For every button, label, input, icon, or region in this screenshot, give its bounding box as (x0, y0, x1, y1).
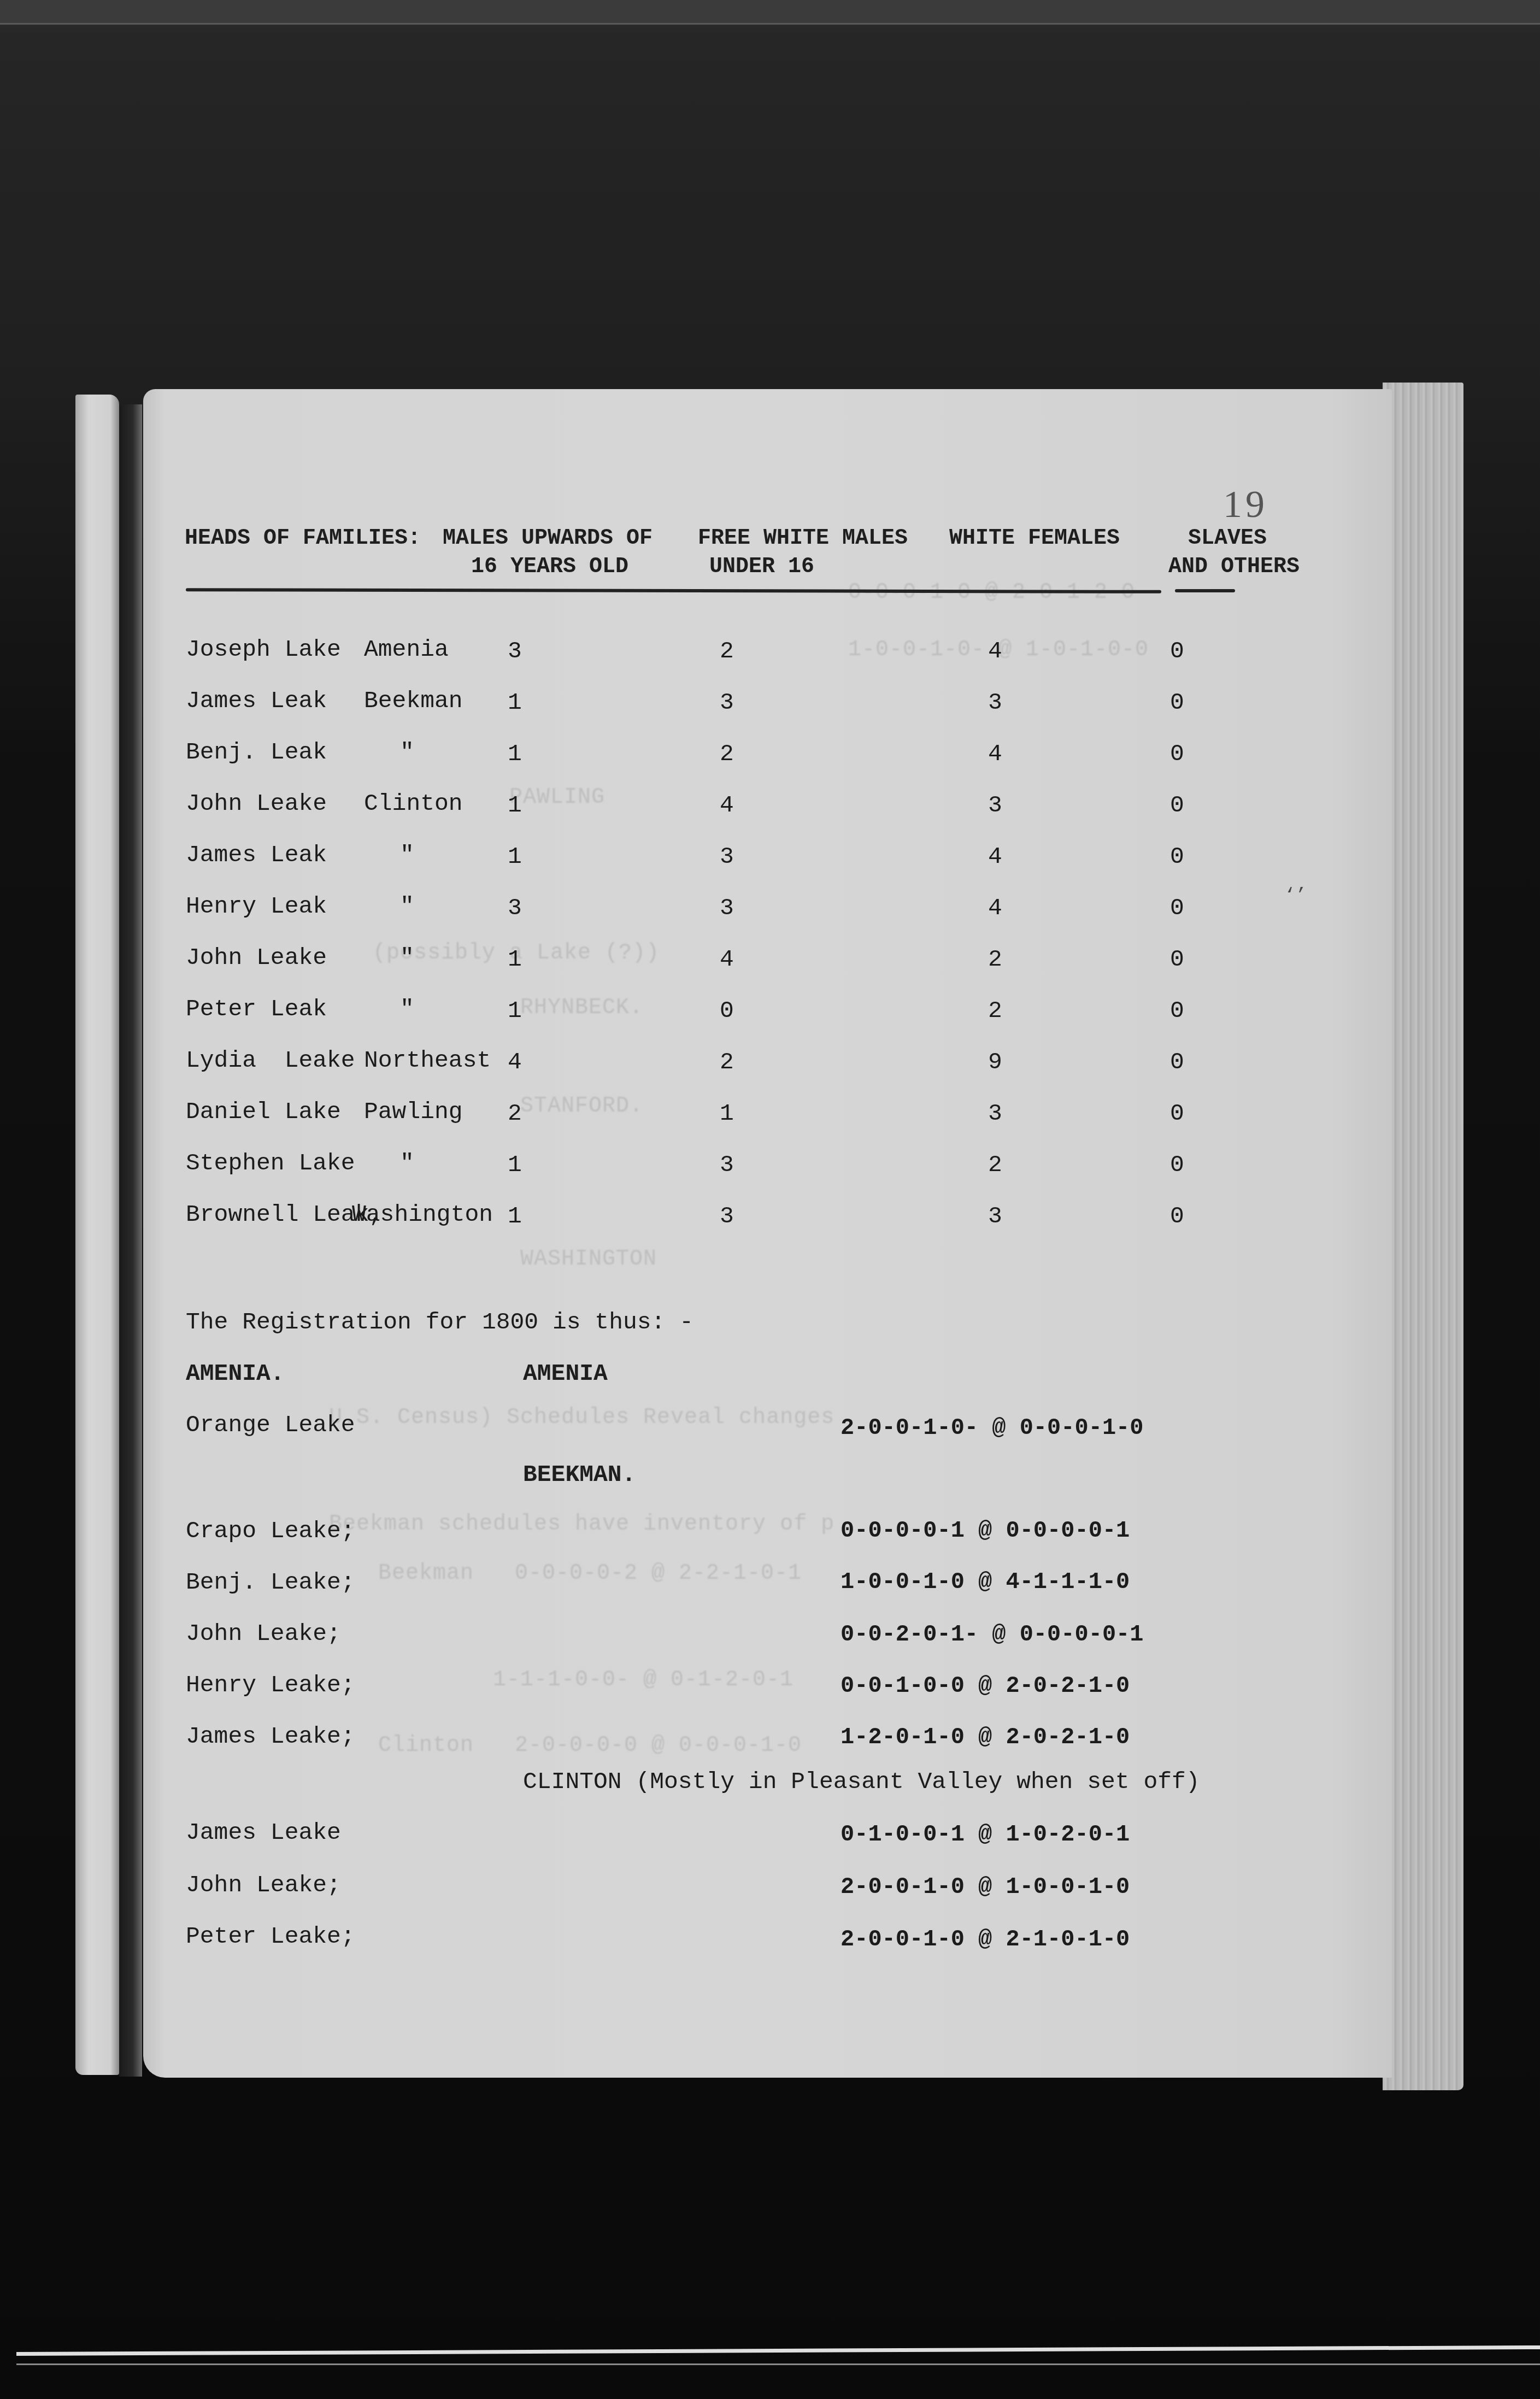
bleed-through-text: STANFORD. (520, 1094, 643, 1119)
microfilm-top-strip (0, 0, 1540, 25)
row-name: John Leake (186, 792, 327, 815)
row-white-females: 2 (979, 999, 1012, 1022)
row-males-16-up: 1 (498, 691, 531, 714)
row-males-16-up: 1 (498, 1204, 531, 1228)
header-males-upwards-line1: MALES UPWARDS OF (443, 528, 653, 550)
row-town: " (400, 843, 414, 867)
row-males-under-16: 3 (710, 896, 743, 920)
entry-name: Peter Leake; (186, 1925, 355, 1948)
entry-name: Orange Leake (186, 1413, 355, 1437)
entry-counts: 1-0-0-1-0 @ 4-1-1-1-0 (840, 1571, 1130, 1594)
entry-counts: 2-0-0-1-0- @ 0-0-0-1-0 (840, 1416, 1144, 1439)
row-white-females: 3 (979, 793, 1012, 817)
row-males-under-16: 2 (710, 1050, 743, 1074)
header-males-upwards-line2: 16 YEARS OLD (471, 556, 628, 578)
entry-counts: 1-2-0-1-0 @ 2-0-2-1-0 (840, 1726, 1130, 1749)
row-white-females: 4 (979, 896, 1012, 920)
header-white-females: WHITE FEMALES (949, 528, 1120, 550)
bleed-through-text: Clinton 2-0-0-0-0 @ 0-0-0-1-0 (378, 1733, 802, 1758)
bleed-through-text: WASHINGTON (520, 1247, 657, 1272)
row-males-16-up: 1 (498, 999, 531, 1022)
row-town: " (400, 740, 414, 764)
row-males-under-16: 0 (710, 999, 743, 1022)
row-white-females: 4 (979, 742, 1012, 766)
microfilm-frame-line (16, 2345, 1540, 2356)
row-town: " (400, 997, 414, 1021)
row-town: Beekman (364, 689, 463, 713)
bleed-through-text: RHYNBECK. (520, 996, 643, 1020)
row-town: " (400, 1151, 414, 1175)
row-males-under-16: 3 (710, 845, 743, 868)
row-slaves: 0 (1161, 845, 1194, 868)
entry-name: Crapo Leake; (186, 1519, 355, 1543)
row-males-under-16: 2 (710, 639, 743, 663)
row-town: Pawling (364, 1100, 463, 1124)
row-males-16-up: 1 (498, 845, 531, 868)
corner-mark: ‘’ (1284, 885, 1307, 906)
row-males-under-16: 1 (710, 1102, 743, 1125)
section-heading-beekman: BEEKMAN. (523, 1463, 636, 1486)
bleed-through-text: 1-1-1-0-0- @ 0-1-2-0-1 (493, 1668, 793, 1692)
row-name: Stephen Lake (186, 1151, 355, 1175)
row-slaves: 0 (1161, 896, 1194, 920)
entry-counts: 0-0-2-0-1- @ 0-0-0-0-1 (840, 1623, 1144, 1646)
row-males-16-up: 1 (498, 742, 531, 766)
row-males-16-up: 2 (498, 1102, 531, 1125)
entry-name: James Leake; (186, 1725, 355, 1748)
row-town: Washington (352, 1203, 493, 1226)
bleed-through-text: Beekman schedules have inventory of p (329, 1512, 834, 1537)
row-slaves: 0 (1161, 639, 1194, 663)
row-males-under-16: 3 (710, 1153, 743, 1177)
row-males-under-16: 3 (710, 1204, 743, 1228)
entry-name: Henry Leake; (186, 1673, 355, 1697)
page-number: 19 (1223, 483, 1268, 527)
row-name: James Leak (186, 843, 327, 867)
entry-name: John Leake; (186, 1873, 341, 1897)
row-white-females: 3 (979, 691, 1012, 714)
header-free-white-males-line1: FREE WHITE MALES (698, 528, 908, 550)
row-town: Amenia (364, 638, 449, 661)
document-page: 0-0-0-1-0 @ 2-0-1-2-0 1-0-0-1-0- @ 1-0-1… (143, 389, 1392, 2078)
row-name: Lydia Leake (186, 1049, 355, 1072)
row-name: James Leak (186, 689, 327, 713)
section-heading-clinton: CLINTON (Mostly in Pleasant Valley when … (523, 1770, 1200, 1794)
book-gutter (119, 404, 142, 2077)
entry-name: Benj. Leake; (186, 1571, 355, 1594)
row-white-females: 2 (979, 948, 1012, 971)
registration-left-heading: AMENIA. (186, 1362, 285, 1385)
entry-counts: 2-0-0-1-0 @ 2-1-0-1-0 (840, 1928, 1130, 1951)
row-white-females: 3 (979, 1204, 1012, 1228)
row-white-females: 4 (979, 845, 1012, 868)
row-males-under-16: 2 (710, 742, 743, 766)
row-males-under-16: 4 (710, 948, 743, 971)
row-town: " (400, 946, 414, 969)
row-slaves: 0 (1161, 793, 1194, 817)
row-slaves: 0 (1161, 999, 1194, 1022)
row-slaves: 0 (1161, 1204, 1194, 1228)
row-slaves: 0 (1161, 1153, 1194, 1177)
header-rule-short (1175, 589, 1235, 592)
entry-counts: 2-0-0-1-0 @ 1-0-0-1-0 (840, 1875, 1130, 1898)
row-town: " (400, 895, 414, 918)
row-name: Daniel Lake (186, 1100, 341, 1124)
row-white-females: 9 (979, 1050, 1012, 1074)
microfilm-frame-line (16, 2363, 1540, 2365)
row-males-16-up: 1 (498, 1153, 531, 1177)
row-slaves: 0 (1161, 1102, 1194, 1125)
row-males-16-up: 3 (498, 896, 531, 920)
row-slaves: 0 (1161, 948, 1194, 971)
row-white-females: 4 (979, 639, 1012, 663)
bleed-through-text: U.S. Census) Schedules Reveal changes (329, 1406, 834, 1430)
row-white-females: 3 (979, 1102, 1012, 1125)
row-slaves: 0 (1161, 691, 1194, 714)
row-males-16-up: 1 (498, 948, 531, 971)
entry-counts: 0-1-0-0-1 @ 1-0-2-0-1 (840, 1823, 1130, 1846)
row-slaves: 0 (1161, 1050, 1194, 1074)
row-town: Clinton (364, 792, 463, 815)
entry-counts: 0-0-1-0-0 @ 2-0-2-1-0 (840, 1674, 1130, 1697)
row-white-females: 2 (979, 1153, 1012, 1177)
row-name: John Leake (186, 946, 327, 969)
bleed-through-text: Beekman 0-0-0-0-2 @ 2-2-1-0-1 (378, 1561, 802, 1586)
left-page-edge (75, 395, 119, 2075)
row-name: Henry Leak (186, 895, 327, 918)
section-heading-amenia: AMENIA (523, 1362, 608, 1385)
header-heads-of-families: HEADS OF FAMILIES: (185, 528, 421, 550)
header-slaves-line1: SLAVES (1188, 528, 1267, 550)
entry-name: John Leake; (186, 1622, 341, 1645)
row-name: Benj. Leak (186, 740, 327, 764)
row-males-under-16: 3 (710, 691, 743, 714)
row-males-16-up: 1 (498, 793, 531, 817)
row-slaves: 0 (1161, 742, 1194, 766)
header-free-white-males-line2: UNDER 16 (709, 556, 814, 578)
row-males-16-up: 4 (498, 1050, 531, 1074)
header-slaves-line2: AND OTHERS (1168, 556, 1300, 578)
stacked-page-edges (1383, 383, 1463, 2090)
entry-counts: 0-0-0-0-1 @ 0-0-0-0-1 (840, 1519, 1130, 1542)
row-name: Joseph Lake (186, 638, 341, 661)
row-males-16-up: 3 (498, 639, 531, 663)
row-name: Peter Leak (186, 997, 327, 1021)
row-town: Northeast (364, 1049, 491, 1072)
row-males-under-16: 4 (710, 793, 743, 817)
entry-name: James Leake (186, 1821, 341, 1844)
registration-intro: The Registration for 1800 is thus: - (186, 1310, 693, 1334)
